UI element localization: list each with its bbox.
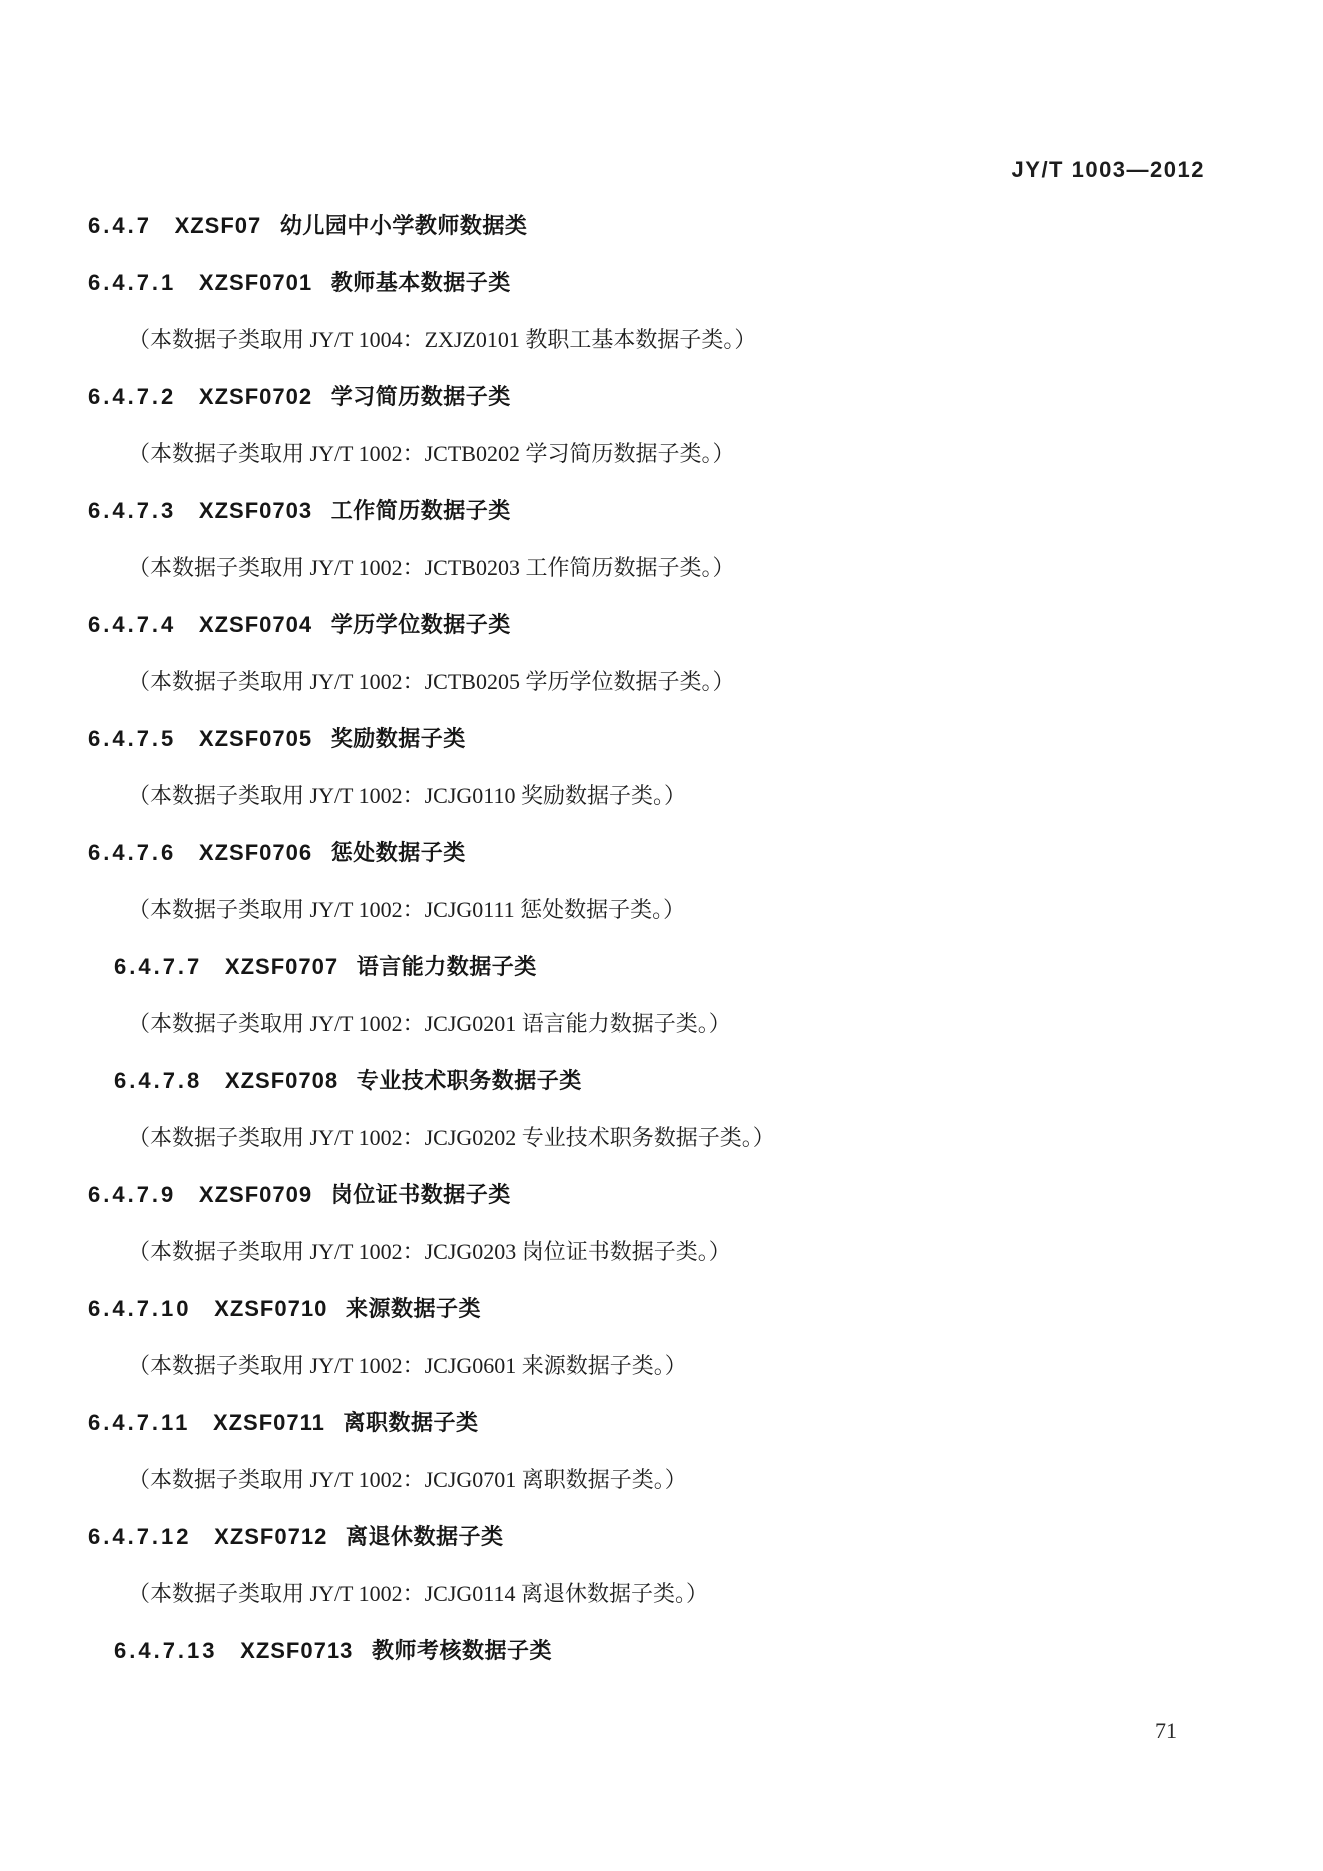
section-heading: 6.4.7 XZSF07 幼儿园中小学教师数据类 [88,210,1228,242]
section: 6.4.7.1 XZSF0701 教师基本数据子类 （本数据子类取用 JY/T … [88,267,1228,356]
section-heading: 6.4.7.13 XZSF0713 教师考核数据子类 [88,1635,1228,1667]
section-note: （本数据子类取用 JY/T 1002：JCJG0701 离职数据子类。） [88,1464,1228,1496]
section-number: 6.4.7.11 [88,1410,190,1435]
section-number: 6.4.7.8 [114,1068,202,1093]
section-code: XZSF0713 [240,1638,353,1663]
section-title: 语言能力数据子类 [357,954,537,979]
section: 6.4.7.2 XZSF0702 学习简历数据子类 （本数据子类取用 JY/T … [88,381,1228,470]
section: 6.4.7.3 XZSF0703 工作简历数据子类 （本数据子类取用 JY/T … [88,495,1228,584]
section-title: 教师考核数据子类 [372,1638,552,1663]
section-code: XZSF0703 [199,498,312,523]
section-code: XZSF0710 [214,1296,327,1321]
section-number: 6.4.7 [88,213,152,238]
section-number: 6.4.7.7 [114,954,202,979]
document-body: 6.4.7 XZSF07 幼儿园中小学教师数据类 6.4.7.1 XZSF070… [88,210,1228,1692]
section-code: XZSF0701 [199,270,312,295]
section: 6.4.7.13 XZSF0713 教师考核数据子类 [88,1635,1228,1667]
section-note: （本数据子类取用 JY/T 1002：JCTB0205 学历学位数据子类。） [88,666,1228,698]
section-number: 6.4.7.12 [88,1524,192,1549]
section-heading: 6.4.7.3 XZSF0703 工作简历数据子类 [88,495,1228,527]
section-title: 离职数据子类 [344,1410,479,1435]
section-number: 6.4.7.13 [114,1638,218,1663]
section-title: 离退休数据子类 [346,1524,504,1549]
section-number: 6.4.7.5 [88,726,176,751]
section: 6.4.7.6 XZSF0706 惩处数据子类 （本数据子类取用 JY/T 10… [88,837,1228,926]
section-code: XZSF0706 [199,840,312,865]
section-title: 岗位证书数据子类 [331,1182,511,1207]
section-number: 6.4.7.10 [88,1296,192,1321]
section-code: XZSF0712 [214,1524,327,1549]
section: 6.4.7.8 XZSF0708 专业技术职务数据子类 （本数据子类取用 JY/… [88,1065,1228,1154]
section-code: XZSF0709 [199,1182,312,1207]
section-number: 6.4.7.1 [88,270,176,295]
section: 6.4.7.5 XZSF0705 奖励数据子类 （本数据子类取用 JY/T 10… [88,723,1228,812]
section-code: XZSF0708 [225,1068,338,1093]
document-page: JY/T 1003—2012 6.4.7 XZSF07 幼儿园中小学教师数据类 … [0,0,1323,1871]
section: 6.4.7.4 XZSF0704 学历学位数据子类 （本数据子类取用 JY/T … [88,609,1228,698]
section-title: 来源数据子类 [346,1296,481,1321]
page-footer: 71 [1155,1718,1177,1744]
section-title: 教师基本数据子类 [331,270,511,295]
section-title: 学习简历数据子类 [331,384,511,409]
section-number: 6.4.7.4 [88,612,176,637]
section-heading: 6.4.7.6 XZSF0706 惩处数据子类 [88,837,1228,869]
section-heading: 6.4.7.4 XZSF0704 学历学位数据子类 [88,609,1228,641]
section-heading: 6.4.7.12 XZSF0712 离退休数据子类 [88,1521,1228,1553]
section-title: 专业技术职务数据子类 [357,1068,582,1093]
section-heading: 6.4.7.5 XZSF0705 奖励数据子类 [88,723,1228,755]
section-code: XZSF0704 [199,612,312,637]
page-number: 71 [1155,1718,1177,1743]
section-note: （本数据子类取用 JY/T 1002：JCJG0110 奖励数据子类。） [88,780,1228,812]
section: 6.4.7.12 XZSF0712 离退休数据子类 （本数据子类取用 JY/T … [88,1521,1228,1610]
section-note: （本数据子类取用 JY/T 1002：JCJG0203 岗位证书数据子类。） [88,1236,1228,1268]
doc-number: JY/T 1003—2012 [1012,157,1205,182]
section: 6.4.7.10 XZSF0710 来源数据子类 （本数据子类取用 JY/T 1… [88,1293,1228,1382]
section-heading: 6.4.7.2 XZSF0702 学习简历数据子类 [88,381,1228,413]
section-code: XZSF0711 [213,1410,325,1435]
section-number: 6.4.7.2 [88,384,176,409]
section-note: （本数据子类取用 JY/T 1002：JCTB0203 工作简历数据子类。） [88,552,1228,584]
section-title: 惩处数据子类 [331,840,466,865]
section: 6.4.7.11 XZSF0711 离职数据子类 （本数据子类取用 JY/T 1… [88,1407,1228,1496]
section-note: （本数据子类取用 JY/T 1002：JCTB0202 学习简历数据子类。） [88,438,1228,470]
section-note: （本数据子类取用 JY/T 1002：JCJG0201 语言能力数据子类。） [88,1008,1228,1040]
section-code: XZSF0705 [199,726,312,751]
section: 6.4.7 XZSF07 幼儿园中小学教师数据类 [88,210,1228,242]
section-number: 6.4.7.6 [88,840,176,865]
section-note: （本数据子类取用 JY/T 1002：JCJG0601 来源数据子类。） [88,1350,1228,1382]
section-note: （本数据子类取用 JY/T 1002：JCJG0111 惩处数据子类。） [88,894,1228,926]
section-number: 6.4.7.3 [88,498,176,523]
section-heading: 6.4.7.9 XZSF0709 岗位证书数据子类 [88,1179,1228,1211]
section-heading: 6.4.7.7 XZSF0707 语言能力数据子类 [88,951,1228,983]
section-number: 6.4.7.9 [88,1182,176,1207]
section-heading: 6.4.7.1 XZSF0701 教师基本数据子类 [88,267,1228,299]
section: 6.4.7.9 XZSF0709 岗位证书数据子类 （本数据子类取用 JY/T … [88,1179,1228,1268]
section-code: XZSF0702 [199,384,312,409]
section-note: （本数据子类取用 JY/T 1002：JCJG0114 离退休数据子类。） [88,1578,1228,1610]
section-heading: 6.4.7.10 XZSF0710 来源数据子类 [88,1293,1228,1325]
section-heading: 6.4.7.11 XZSF0711 离职数据子类 [88,1407,1228,1439]
section-title: 工作简历数据子类 [331,498,511,523]
section-title: 学历学位数据子类 [331,612,511,637]
section-title: 幼儿园中小学教师数据类 [280,213,528,238]
section-note: （本数据子类取用 JY/T 1002：JCJG0202 专业技术职务数据子类。） [88,1122,1228,1154]
section-code: XZSF0707 [225,954,338,979]
section-title: 奖励数据子类 [331,726,466,751]
section: 6.4.7.7 XZSF0707 语言能力数据子类 （本数据子类取用 JY/T … [88,951,1228,1040]
page-header: JY/T 1003—2012 [1012,157,1205,183]
section-note: （本数据子类取用 JY/T 1004：ZXJZ0101 教职工基本数据子类。） [88,324,1228,356]
section-code: XZSF07 [175,213,262,238]
section-heading: 6.4.7.8 XZSF0708 专业技术职务数据子类 [88,1065,1228,1097]
